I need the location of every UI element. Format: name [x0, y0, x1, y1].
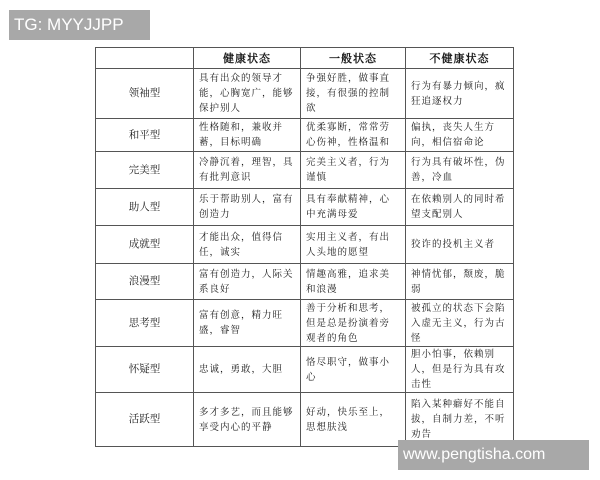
table-header-row: 健康状态 一般状态 不健康状态	[96, 48, 514, 69]
normal-cell: 恪尽职守，做事小心	[301, 347, 406, 393]
type-cell: 怀疑型	[96, 347, 194, 393]
type-cell: 领袖型	[96, 69, 194, 119]
normal-cell: 情趣高雅，追求美和浪漫	[301, 264, 406, 300]
unhealthy-cell: 狡诈的投机主义者	[406, 226, 514, 264]
table-row: 怀疑型忠诚，勇敢，大胆恪尽职守，做事小心胆小怕事，依赖别人，但是行为具有攻击性	[96, 347, 514, 393]
healthy-cell: 具有出众的领导才能，心胸宽广，能够保护别人	[194, 69, 301, 119]
header-normal: 一般状态	[301, 48, 406, 69]
normal-cell: 完美主义者，行为谨慎	[301, 152, 406, 189]
unhealthy-cell: 被孤立的状态下会陷入虚无主义，行为古怪	[406, 300, 514, 347]
unhealthy-cell: 偏执，丧失人生方向，相信宿命论	[406, 119, 514, 152]
table-row: 活跃型多才多艺，而且能够享受内心的平静好动，快乐至上，思想肤浅陷入某种癖好不能自…	[96, 393, 514, 447]
type-cell: 浪漫型	[96, 264, 194, 300]
normal-cell: 实用主义者，有出人头地的愿望	[301, 226, 406, 264]
type-cell: 活跃型	[96, 393, 194, 447]
healthy-cell: 冷静沉着，理智，具有批判意识	[194, 152, 301, 189]
type-cell: 助人型	[96, 189, 194, 226]
healthy-cell: 乐于帮助别人，富有创造力	[194, 189, 301, 226]
header-empty	[96, 48, 194, 69]
watermark-bottom: www.pengtisha.com	[398, 440, 589, 470]
table-row: 领袖型具有出众的领导才能，心胸宽广，能够保护别人争强好胜，做事直接，有很强的控制…	[96, 69, 514, 119]
table-row: 完美型冷静沉着，理智，具有批判意识完美主义者，行为谨慎行为具有破坏性，伪善，冷血	[96, 152, 514, 189]
normal-cell: 争强好胜，做事直接，有很强的控制欲	[301, 69, 406, 119]
header-healthy: 健康状态	[194, 48, 301, 69]
healthy-cell: 富有创造力，人际关系良好	[194, 264, 301, 300]
healthy-cell: 富有创意，精力旺盛，睿智	[194, 300, 301, 347]
healthy-cell: 才能出众，值得信任，诚实	[194, 226, 301, 264]
unhealthy-cell: 行为具有破坏性，伪善，冷血	[406, 152, 514, 189]
table-row: 和平型性格随和，兼收并蓄，目标明确优柔寡断，常常劳心伤神，性格温和偏执，丧失人生…	[96, 119, 514, 152]
unhealthy-cell: 神情忧郁，颓废，脆弱	[406, 264, 514, 300]
personality-state-table: 健康状态 一般状态 不健康状态 领袖型具有出众的领导才能，心胸宽广，能够保护别人…	[95, 47, 514, 447]
healthy-cell: 多才多艺，而且能够享受内心的平静	[194, 393, 301, 447]
healthy-cell: 忠诚，勇敢，大胆	[194, 347, 301, 393]
unhealthy-cell: 在依赖别人的同时希望支配别人	[406, 189, 514, 226]
table-row: 成就型才能出众，值得信任，诚实实用主义者，有出人头地的愿望狡诈的投机主义者	[96, 226, 514, 264]
watermark-top: TG: MYYJJPP	[9, 10, 150, 40]
type-cell: 完美型	[96, 152, 194, 189]
normal-cell: 善于分析和思考，但是总是扮演着旁观者的角色	[301, 300, 406, 347]
normal-cell: 好动，快乐至上，思想肤浅	[301, 393, 406, 447]
header-unhealthy: 不健康状态	[406, 48, 514, 69]
healthy-cell: 性格随和，兼收并蓄，目标明确	[194, 119, 301, 152]
normal-cell: 具有奉献精神，心中充满母爱	[301, 189, 406, 226]
table-row: 浪漫型富有创造力，人际关系良好情趣高雅，追求美和浪漫神情忧郁，颓废，脆弱	[96, 264, 514, 300]
table-row: 思考型富有创意，精力旺盛，睿智善于分析和思考，但是总是扮演着旁观者的角色被孤立的…	[96, 300, 514, 347]
unhealthy-cell: 胆小怕事，依赖别人，但是行为具有攻击性	[406, 347, 514, 393]
type-cell: 和平型	[96, 119, 194, 152]
type-cell: 思考型	[96, 300, 194, 347]
unhealthy-cell: 行为有暴力倾向，疯狂追逐权力	[406, 69, 514, 119]
table-row: 助人型乐于帮助别人，富有创造力具有奉献精神，心中充满母爱在依赖别人的同时希望支配…	[96, 189, 514, 226]
normal-cell: 优柔寡断，常常劳心伤神，性格温和	[301, 119, 406, 152]
type-cell: 成就型	[96, 226, 194, 264]
unhealthy-cell: 陷入某种癖好不能自拔，自制力差，不听劝告	[406, 393, 514, 447]
